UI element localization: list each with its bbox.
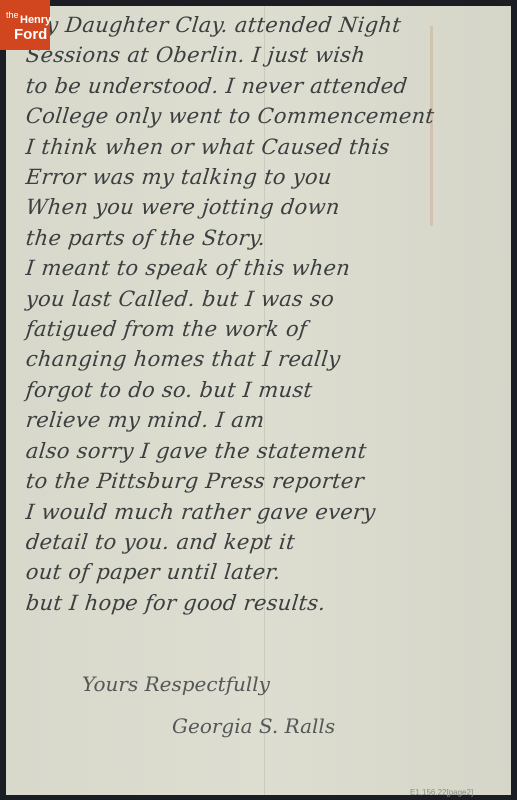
letter-line: you last Called. but I was so xyxy=(24,284,507,314)
letter-line: the parts of the Story. xyxy=(24,223,507,253)
letter-closing: Yours Respectfully xyxy=(82,672,270,696)
letter-line: also sorry I gave the statement xyxy=(24,436,507,466)
letter-line: but I hope for good results. xyxy=(24,588,507,618)
letter-page: my Daughter Clay. attended Night Session… xyxy=(6,6,511,795)
letter-line: I would much rather gave every xyxy=(24,497,507,527)
logo-the: the xyxy=(6,10,19,20)
letter-line: my Daughter Clay. attended Night xyxy=(24,10,507,40)
letter-line: When you were jotting down xyxy=(24,192,507,222)
letter-line: changing homes that I really xyxy=(24,344,507,374)
letter-line: relieve my mind. I am xyxy=(24,405,507,435)
letter-line: Error was my talking to you xyxy=(24,162,507,192)
letter-line: I think when or what Caused this xyxy=(24,132,507,162)
catalog-number: E1.156.22[page2] xyxy=(410,788,473,797)
letter-line: fatigued from the work of xyxy=(24,314,507,344)
letter-signature: Georgia S. Ralls xyxy=(172,714,335,738)
letter-line: detail to you. and kept it xyxy=(24,527,507,557)
henry-ford-logo[interactable]: the Henry Ford xyxy=(0,0,50,50)
letter-line: I meant to speak of this when xyxy=(24,253,507,283)
letter-line: to be understood. I never attended xyxy=(24,71,507,101)
logo-ford: Ford xyxy=(14,26,47,43)
letter-line: out of paper until later. xyxy=(24,557,507,587)
letter-line: Sessions at Oberlin. I just wish xyxy=(24,40,507,70)
letter-line: forgot to do so. but I must xyxy=(24,375,507,405)
logo-henry: Henry xyxy=(20,14,51,26)
letter-line: to the Pittsburg Press reporter xyxy=(24,466,507,496)
letter-body: my Daughter Clay. attended Night Session… xyxy=(26,10,506,618)
letter-line: College only went to Commencement xyxy=(24,101,507,131)
